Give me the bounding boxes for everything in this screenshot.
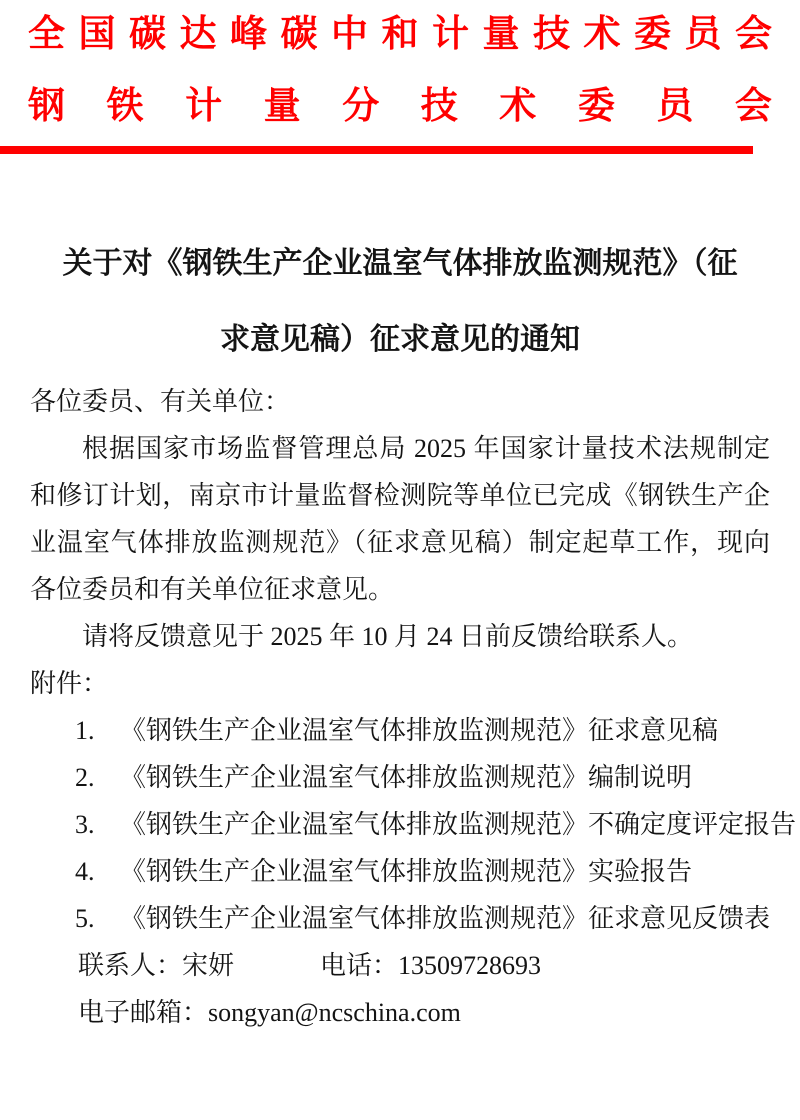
attachment-item: 4. 《钢铁生产企业温室气体排放监测规范》实验报告 [75,848,770,895]
salutation: 各位委员、有关单位： [30,378,770,425]
attachment-item: 1. 《钢铁生产企业温室气体排放监测规范》征求意见稿 [75,707,770,754]
attachments-label: 附件： [30,660,770,707]
letterhead-line-1: 全国碳达峰碳中和计量技术委员会 [28,12,772,56]
attachment-number: 3. [75,801,120,848]
attachment-title: 《钢铁生产企业温室气体排放监测规范》征求意见反馈表 [120,895,770,942]
letterhead-double-rule [0,146,753,154]
email-address: songyan@ncschina.com [208,998,461,1027]
document-title-line-1: 关于对《钢铁生产企业温室气体排放监测规范》（征 [0,226,800,302]
attachment-number: 5. [75,895,120,942]
attachment-title: 《钢铁生产企业温室气体排放监测规范》不确定度评定报告 [120,801,796,848]
contact-name: 宋妍 [182,951,234,980]
letterhead-line-2: 钢铁计量分技术委员会 [28,84,772,128]
paragraph-background: 根据国家市场监督管理总局 2025 年国家计量技术法规制定和修订计划，南京市计量… [30,425,770,613]
contact-name-label: 联系人： [78,951,182,980]
email-line: 电子邮箱：songyan@ncschina.com [78,989,770,1036]
attachment-item: 3. 《钢铁生产企业温室气体排放监测规范》不确定度评定报告 [75,801,770,848]
document-title-line-2: 求意见稿）征求意见的通知 [0,302,800,378]
attachment-item: 5. 《钢铁生产企业温室气体排放监测规范》征求意见反馈表 [75,895,770,942]
attachment-title: 《钢铁生产企业温室气体排放监测规范》实验报告 [120,848,692,895]
attachment-number: 4. [75,848,120,895]
notice-document-page: 全国碳达峰碳中和计量技术委员会 钢铁计量分技术委员会 关于对《钢铁生产企业温室气… [0,0,800,1120]
letterhead: 全国碳达峰碳中和计量技术委员会 钢铁计量分技术委员会 [28,0,772,128]
attachment-item: 2. 《钢铁生产企业温室气体排放监测规范》编制说明 [75,754,770,801]
contact-phone-label: 电话： [320,951,398,980]
contact-line: 联系人：宋妍 电话：13509728693 [78,942,770,989]
email-label: 电子邮箱： [78,998,208,1027]
paragraph-deadline: 请将反馈意见于 2025 年 10 月 24 日前反馈给联系人。 [30,613,770,660]
document-body: 各位委员、有关单位： 根据国家市场监督管理总局 2025 年国家计量技术法规制定… [30,378,770,1036]
attachment-number: 1. [75,707,120,754]
document-title: 关于对《钢铁生产企业温室气体排放监测规范》（征 求意见稿）征求意见的通知 [0,226,800,378]
contact-name-group: 联系人：宋妍 [78,942,234,989]
contact-phone-group: 电话：13509728693 [320,942,541,989]
attachment-title: 《钢铁生产企业温室气体排放监测规范》编制说明 [120,754,692,801]
attachment-title: 《钢铁生产企业温室气体排放监测规范》征求意见稿 [120,707,718,754]
contact-phone-number: 13509728693 [398,951,541,980]
attachment-number: 2. [75,754,120,801]
